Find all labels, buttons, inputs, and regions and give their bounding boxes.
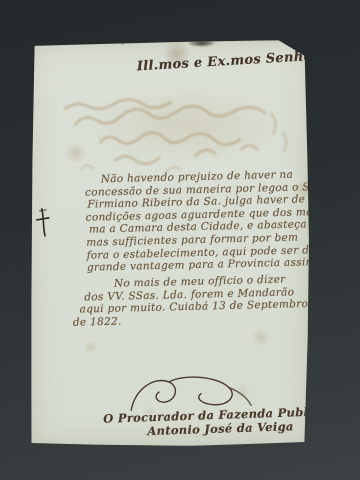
photo-stage: Ill.mos e Ex.mos Senhores Não havendo pr… xyxy=(0,0,360,480)
body-paragraph-1: Não havendo prejuizo de haver na concess… xyxy=(85,168,334,275)
body-paragraph-2: No mais de meu officio o dizer dos VV. S… xyxy=(72,273,309,329)
margin-ink-mark xyxy=(34,206,52,240)
blue-ink-dot xyxy=(121,40,125,44)
top-edge-smudge xyxy=(189,40,215,47)
manuscript-paper: Ill.mos e Ex.mos Senhores Não havendo pr… xyxy=(27,39,312,449)
salutation-line: Ill.mos e Ex.mos Senhores xyxy=(136,48,336,75)
